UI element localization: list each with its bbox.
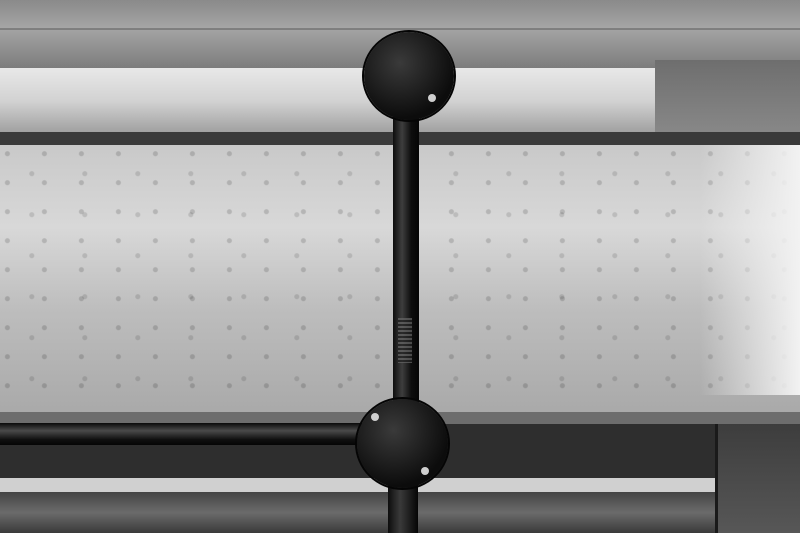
- top-junction-box: [364, 32, 454, 120]
- screw-icon: [421, 467, 429, 475]
- vertical-conduit: [393, 110, 419, 420]
- concrete-highlight: [700, 145, 800, 395]
- bottom-junction-box: [357, 399, 448, 488]
- screw-icon: [371, 413, 379, 421]
- horizontal-conduit: [0, 423, 370, 445]
- weathered-board: [0, 68, 655, 134]
- photo-scene: [0, 0, 800, 533]
- screw-icon: [428, 94, 436, 102]
- lower-light-strip: [0, 478, 720, 492]
- lower-wood-board: [0, 492, 720, 533]
- conduit-printed-label: [398, 318, 412, 363]
- right-wood-board: [655, 60, 800, 140]
- corner-block: [715, 424, 800, 533]
